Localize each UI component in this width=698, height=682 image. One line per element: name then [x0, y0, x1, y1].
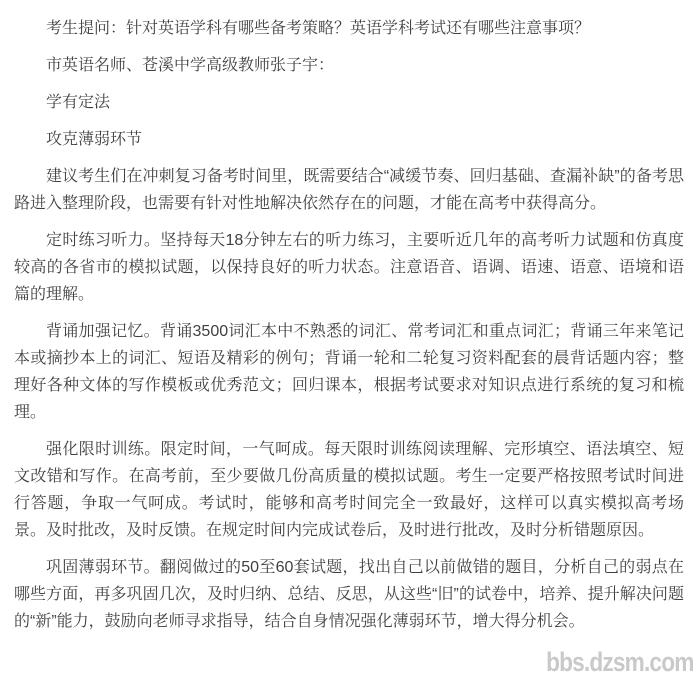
- article-body: 考生提问：针对英语学科有哪些备考策略？英语学科考试还有哪些注意事项？ 市英语名师…: [0, 0, 698, 635]
- paragraph-listening-practice: 定时练习听力。坚持每天18分钟左右的听力练习，主要听近几年的高考听力试题和仿真度…: [14, 227, 684, 308]
- paragraph-timed-training: 强化限时训练。限定时间，一气呵成。每天限时训练阅读理解、完形填空、语法填空、短文…: [14, 436, 684, 544]
- page: { "page": { "background_color": "#ffffff…: [0, 0, 698, 682]
- paragraph-teacher-byline: 市英语名师、苍溪中学高级教师张子宇：: [14, 52, 684, 79]
- paragraph-advice-overview: 建议考生们在冲刺复习备考时间里，既需要结合“减缓节奏、回归基础、查漏补缺”的备考…: [14, 163, 684, 217]
- paragraph-consolidate-weakness: 巩固薄弱环节。翻阅做过的50至60套试题，找出自己以前做错的题目，分析自己的弱点…: [14, 554, 684, 635]
- paragraph-subheading-weakness: 攻克薄弱环节: [14, 126, 684, 153]
- paragraph-subheading-method: 学有定法: [14, 89, 684, 116]
- watermark: bbs.dzsm.com: [547, 647, 694, 678]
- paragraph-question: 考生提问：针对英语学科有哪些备考策略？英语学科考试还有哪些注意事项？: [14, 15, 684, 42]
- paragraph-memorization: 背诵加强记忆。背诵3500词汇本中不熟悉的词汇、常考词汇和重点词汇；背诵三年来笔…: [14, 318, 684, 426]
